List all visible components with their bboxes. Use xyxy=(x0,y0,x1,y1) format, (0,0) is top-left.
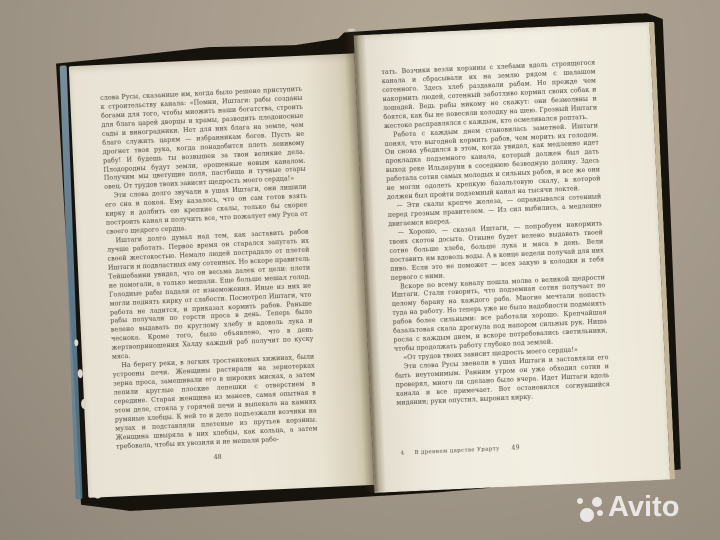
page-text-right: тать. Возчики везли корзины с хлебами вд… xyxy=(381,59,612,440)
book-page-right: тать. Возчики везли корзины с хлебами вд… xyxy=(354,22,675,493)
avito-wordmark: Avito xyxy=(608,491,679,524)
book-page-left: слова Русы, сказанные им, когда было реш… xyxy=(69,53,374,498)
running-footer: 4 В древнем царстве Урарту 49 xyxy=(399,440,613,457)
footer-title: В древнем царстве Урарту xyxy=(414,446,499,456)
page-number-right: 49 xyxy=(511,444,520,451)
wear-speck xyxy=(347,28,355,31)
wear-speck xyxy=(74,339,78,346)
page-number-left: 48 xyxy=(117,449,319,465)
avito-logo-icon xyxy=(577,498,583,504)
avito-logo-icon xyxy=(597,510,603,516)
open-book: слова Русы, сказанные им, когда было реш… xyxy=(48,12,687,514)
avito-watermark: Avito xyxy=(562,490,712,532)
avito-logo-icon xyxy=(580,508,594,522)
avito-logo-icon xyxy=(592,497,602,507)
footer-signature: 4 xyxy=(401,450,405,456)
page-text-left: слова Русы, сказанные им, когда было реш… xyxy=(100,86,318,447)
photo-background: слова Русы, сказанные им, когда было реш… xyxy=(0,0,720,540)
